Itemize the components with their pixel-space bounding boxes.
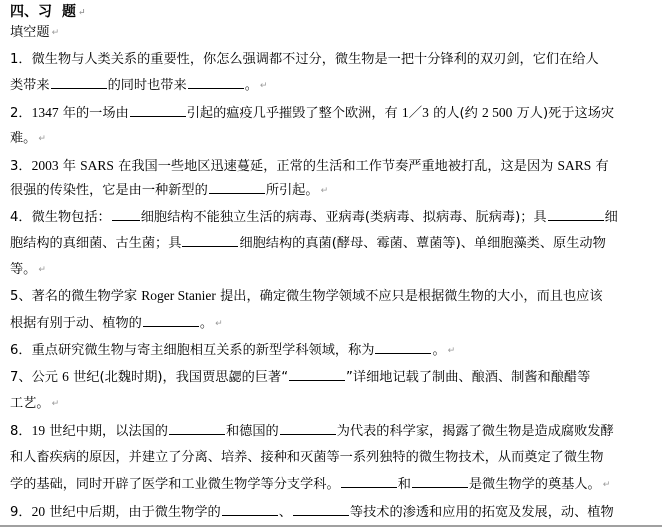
question-text: 有 (596, 159, 609, 174)
question-text: 5、著名的微生物学家 (10, 289, 137, 304)
question-5-line-1: 5、著名的微生物学家 Roger Stanier 提出，确定微生物学领域不应只是… (10, 285, 603, 307)
document-page: 四、习题↵ 填空题↵ 1．微生物与人类关系的重要性，你怎么强调都不过分，微生物是… (0, 0, 662, 527)
question-7-line-1: 7、公元 6 世纪(北魏时期)，我国贾思勰的巨著“”详细地记载了制曲、酿酒、制酱… (10, 366, 590, 388)
answer-blank[interactable] (169, 421, 225, 435)
answer-blank[interactable] (112, 207, 140, 221)
question-text: 在我国一些地区迅速蔓延，正常的生活和工作节奏严重地被打乱，这是因为 (118, 159, 553, 174)
question-text: 和 (398, 477, 411, 492)
question-text: 。 (432, 343, 445, 358)
paragraph-mark-icon: ↵ (448, 346, 456, 356)
century-value: 19 (32, 423, 46, 438)
question-8-line-1: 8．19 世纪中期，以法国的和德国的为代表的科学家，揭露了微生物是造成腐败发酵 (10, 420, 614, 442)
century-value: 20 (32, 504, 46, 519)
question-text: 7、公元 (10, 370, 58, 385)
question-text: 。 (200, 316, 213, 331)
count-value: 2 500 (482, 105, 512, 120)
question-text: 工艺。 (10, 396, 50, 411)
answer-blank[interactable] (289, 367, 345, 381)
paragraph-mark-icon: ↵ (321, 186, 329, 196)
answer-blank[interactable] (51, 75, 107, 89)
subheading-fill-in-blank: 填空题↵ (10, 22, 59, 44)
question-4-line-3: 等。↵ (10, 259, 46, 281)
question-2-line-2: 难。↵ (10, 128, 46, 150)
question-9-line-1: 9．20 世纪中后期，由于微生物学的、等技术的渗透和应用的拓宽及发展，动、植物 (10, 501, 614, 523)
question-3-line-2: 很强的传染性，它是由一种新型的所引起。↵ (10, 180, 328, 202)
question-text: 提出，确定微生物学领域不应只是根据微生物的大小，而且也应该 (220, 289, 602, 304)
answer-blank[interactable] (341, 474, 397, 488)
question-text: 世纪中后期，由于微生物学的 (49, 505, 220, 520)
question-8-line-2: 和人畜疾病的原因，并建立了分离、培养、接种和灭菌等一系列独特的微生物技术，从而奠… (10, 447, 603, 469)
question-8-line-3: 学的基础，同时开辟了医学和工业微生物学等分支学科。和是微生物学的奠基人。↵ (10, 474, 610, 496)
question-text: 细胞结构的真菌(酵母、霉菌、蕈菌等)、单细胞藻类、原生动物 (239, 236, 605, 251)
answer-blank[interactable] (209, 180, 265, 194)
term-sars: SARS (80, 158, 114, 173)
paragraph-mark-icon: ↵ (52, 399, 60, 409)
question-text: 世纪中期，以法国的 (49, 424, 168, 439)
question-text: 根据有别于动、植物的 (10, 316, 142, 331)
question-1-line-2: 类带来的同时也带来。↵ (10, 75, 267, 97)
question-5-line-2: 根据有别于动、植物的。↵ (10, 313, 223, 335)
question-text: 类带来 (10, 78, 50, 93)
question-text: ”详细地记载了制曲、酿酒、制酱和酿醋等 (346, 370, 590, 385)
question-text: 9． (10, 505, 32, 520)
question-text: 胞结构的真细菌、古生菌；具 (10, 236, 181, 251)
question-3-line-1: 3．2003 年 SARS 在我国一些地区迅速蔓延，正常的生活和工作节奏严重地被… (10, 155, 609, 177)
answer-blank[interactable] (293, 502, 349, 516)
scientist-name: Roger Stanier (141, 288, 216, 303)
question-text: 为代表的科学家，揭露了微生物是造成腐败发酵 (337, 424, 614, 439)
question-text: 细 (605, 210, 618, 225)
century-value: 6 (62, 369, 69, 384)
question-text: 所引起。 (266, 183, 319, 198)
paragraph-mark-icon: ↵ (260, 81, 268, 91)
question-text: 年的一场由 (63, 106, 129, 121)
question-text: 8． (10, 424, 32, 439)
answer-blank[interactable] (375, 340, 431, 354)
answer-blank[interactable] (412, 474, 468, 488)
answer-blank[interactable] (188, 75, 244, 89)
question-text: 是微生物学的奠基人。 (469, 477, 601, 492)
term-sars: SARS (558, 158, 592, 173)
question-4-line-1: 4．微生物包括：细胞结构不能独立生活的病毒、亚病毒(类病毒、拟病毒、朊病毒)；具… (10, 207, 618, 229)
question-text: 、 (279, 505, 292, 520)
answer-blank[interactable] (143, 313, 199, 327)
paragraph-mark-icon: ↵ (38, 265, 46, 275)
question-text: 引起的瘟疫几乎摧毁了整个欧洲，有 (187, 106, 398, 121)
answer-blank[interactable] (182, 233, 238, 247)
paragraph-mark-icon: ↵ (38, 134, 46, 144)
paragraph-mark-icon: ↵ (215, 319, 223, 329)
heading-char-a: 习 (38, 4, 52, 20)
question-text: 等。 (10, 262, 36, 277)
heading-number: 四、 (10, 4, 38, 20)
question-text: 和人畜疾病的原因，并建立了分离、培养、接种和灭菌等一系列独特的微生物技术，从而奠… (10, 450, 603, 465)
question-1-line-1: 1．微生物与人类关系的重要性，你怎么强调都不过分，微生物是一把十分锋利的双刃剑，… (10, 49, 599, 71)
question-text: 4．微生物包括： (10, 210, 111, 225)
question-2-line-1: 2．1347 年的一场由引起的瘟疫几乎摧毁了整个欧洲，有 1／3 的人(约 2 … (10, 102, 614, 124)
question-text: 的人(约 (433, 106, 478, 121)
section-heading: 四、习题↵ (10, 1, 86, 23)
question-text: 学的基础，同时开辟了医学和工业微生物学等分支学科。 (10, 477, 340, 492)
answer-blank[interactable] (130, 103, 186, 117)
question-text: 等技术的渗透和应用的拓宽及发展，动、植物 (350, 505, 614, 520)
question-6-line-1: 6．重点研究微生物与寄主细胞相互关系的新型学科领域，称为。↵ (10, 340, 455, 362)
question-text: 细胞结构不能独立生活的病毒、亚病毒(类病毒、拟病毒、朊病毒)；具 (141, 210, 547, 225)
answer-blank[interactable] (280, 421, 336, 435)
paragraph-mark-icon: ↵ (603, 480, 611, 490)
question-text: 世纪(北魏时期)，我国贾思勰的巨著“ (73, 370, 288, 385)
fraction-value: 1／3 (402, 105, 429, 120)
paragraph-mark-icon: ↵ (78, 8, 86, 18)
question-text: 很强的传染性，它是由一种新型的 (10, 183, 208, 198)
question-text: 6．重点研究微生物与寄主细胞相互关系的新型学科领域，称为 (10, 343, 374, 358)
question-7-line-2: 工艺。↵ (10, 393, 59, 415)
question-text: 的同时也带来 (108, 78, 187, 93)
question-text: 年 (63, 159, 76, 174)
question-text: 。 (245, 78, 258, 93)
question-text: 3． (10, 159, 32, 174)
question-text: 2． (10, 106, 32, 121)
year-value: 1347 (32, 105, 59, 120)
question-text: 难。 (10, 131, 36, 146)
year-value: 2003 (32, 158, 59, 173)
question-text: 1．微生物与人类关系的重要性，你怎么强调都不过分，微生物是一把十分锋利的双刃剑，… (10, 52, 599, 67)
subheading-text: 填空题 (10, 25, 50, 40)
question-4-line-2: 胞结构的真细菌、古生菌；具细胞结构的真菌(酵母、霉菌、蕈菌等)、单细胞藻类、原生… (10, 233, 606, 255)
answer-blank[interactable] (548, 207, 604, 221)
answer-blank[interactable] (222, 502, 278, 516)
question-text: 万人)死于这场灾 (517, 106, 614, 121)
question-text: 和德国的 (226, 424, 279, 439)
paragraph-mark-icon: ↵ (52, 28, 60, 38)
heading-char-b: 题 (62, 4, 76, 20)
